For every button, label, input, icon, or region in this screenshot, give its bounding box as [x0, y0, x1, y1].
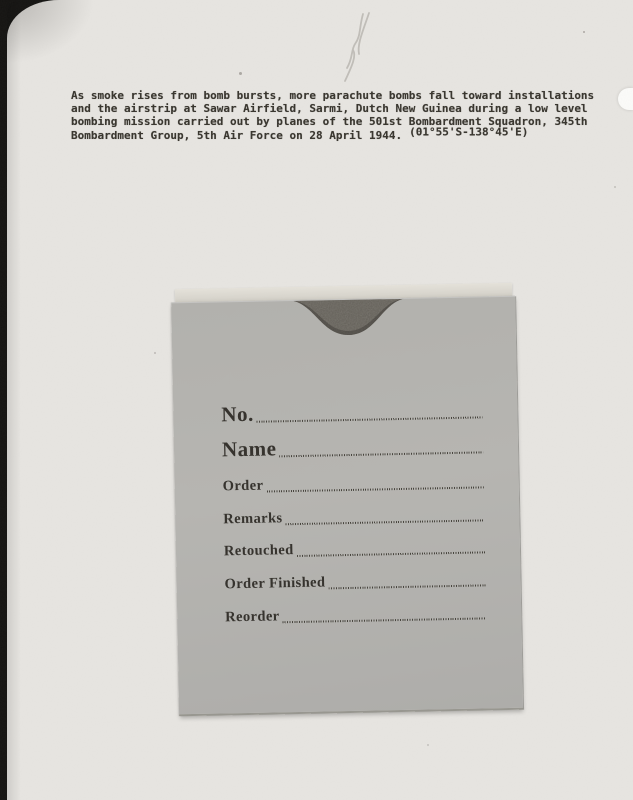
- dust-speck: [583, 31, 585, 33]
- dotted-fill-line: [257, 416, 483, 422]
- dust-speck: [614, 186, 616, 188]
- dust-speck: [154, 352, 156, 354]
- dotted-fill-line: [266, 486, 483, 492]
- field-label-name: Name: [222, 436, 277, 462]
- field-label-remarks: Remarks: [223, 510, 283, 528]
- envelope-front: No. Name Order Remarks Retouched Order F…: [171, 296, 524, 717]
- field-label-order: Order: [223, 478, 264, 496]
- caption-map-coordinates: (01°55'S-138°45'E): [409, 125, 528, 138]
- envelope-field-remarks: Remarks: [223, 506, 484, 528]
- caption: As smoke rises from bomb bursts, more pa…: [71, 89, 606, 142]
- photo-envelope: No. Name Order Remarks Retouched Order F…: [171, 283, 525, 718]
- scanned-page: As smoke rises from bomb bursts, more pa…: [7, 0, 633, 800]
- envelope-field-reorder: Reorder: [225, 604, 486, 626]
- envelope-field-name: Name: [222, 433, 483, 462]
- field-label-order-finished: Order Finished: [224, 574, 325, 593]
- pencil-marks: [332, 10, 378, 88]
- envelope-field-order: Order: [223, 473, 484, 495]
- envelope-field-order-finished: Order Finished: [224, 571, 485, 593]
- caption-line-4: Bombardment Group, 5th Air Force on 28 A…: [71, 129, 606, 142]
- dust-speck: [239, 72, 242, 75]
- dotted-fill-line: [286, 519, 485, 525]
- dotted-fill-line: [280, 451, 484, 457]
- dotted-fill-line: [297, 551, 485, 557]
- caption-line-4-text: Bombardment Group, 5th Air Force on 28 A…: [71, 129, 402, 142]
- caption-line-2: and the airstrip at Sawar Airfield, Sarm…: [71, 102, 606, 115]
- dotted-fill-line: [283, 617, 487, 623]
- punch-notch: [618, 88, 633, 110]
- dotted-fill-line: [328, 584, 485, 589]
- field-label-reorder: Reorder: [225, 608, 280, 626]
- envelope-field-retouched: Retouched: [224, 538, 485, 560]
- field-label-retouched: Retouched: [224, 542, 294, 560]
- caption-line-1: As smoke rises from bomb bursts, more pa…: [71, 89, 606, 102]
- envelope-thumb-notch: [288, 298, 409, 340]
- envelope-field-no: No.: [221, 398, 482, 427]
- field-label-no: No.: [221, 402, 254, 428]
- dust-speck: [427, 744, 429, 746]
